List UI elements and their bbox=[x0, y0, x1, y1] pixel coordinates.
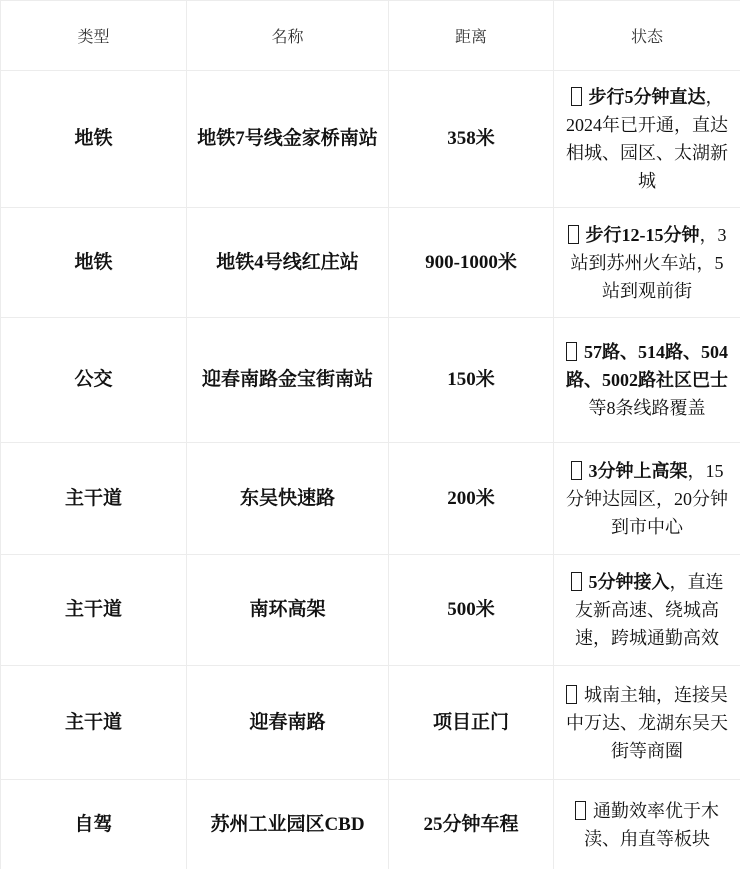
name-cell: 东吴快速路 bbox=[187, 443, 389, 555]
page: 类型 名称 距离 状态 地铁 地铁7号线金家桥南站 358米 步行5分钟直达，2… bbox=[0, 0, 740, 869]
table-row: 主干道 迎春南路 项目正门 城南主轴，连接吴中万达、龙湖东吴天街等商圈 bbox=[1, 666, 740, 780]
column-header-name: 名称 bbox=[187, 1, 389, 71]
distance-cell: 900-1000米 bbox=[389, 208, 554, 318]
distance-cell: 500米 bbox=[389, 555, 554, 666]
column-header-type: 类型 bbox=[1, 1, 187, 71]
status-bold-text: 5分钟接入 bbox=[589, 572, 670, 592]
status-rest-text: 通勤效率优于木渎、甪直等板块 bbox=[584, 801, 719, 849]
type-cell: 主干道 bbox=[1, 666, 187, 780]
status-bold-text: 步行12-15分钟 bbox=[586, 225, 700, 245]
type-cell: 主干道 bbox=[1, 555, 187, 666]
type-cell: 地铁 bbox=[1, 208, 187, 318]
status-cell: 5分钟接入，直连友新高速、绕城高速，跨城通勤高效 bbox=[554, 555, 740, 666]
type-cell: 公交 bbox=[1, 318, 187, 443]
status-cell: 步行12-15分钟，3站到苏州火车站，5站到观前街 bbox=[554, 208, 740, 318]
transport-table: 类型 名称 距离 状态 地铁 地铁7号线金家桥南站 358米 步行5分钟直达，2… bbox=[0, 0, 740, 869]
name-cell: 迎春南路 bbox=[187, 666, 389, 780]
table-row: 公交 迎春南路金宝街南站 150米 57路、514路、504路、5002路社区巴… bbox=[1, 318, 740, 443]
table-row: 地铁 地铁7号线金家桥南站 358米 步行5分钟直达，2024年已开通，直达相城… bbox=[1, 71, 740, 208]
distance-cell: 200米 bbox=[389, 443, 554, 555]
status-cell: 步行5分钟直达，2024年已开通，直达相城、园区、太湖新城 bbox=[554, 71, 740, 208]
status-cell: 通勤效率优于木渎、甪直等板块 bbox=[554, 780, 740, 869]
distance-cell: 项目正门 bbox=[389, 666, 554, 780]
table-row: 自驾 苏州工业园区CBD 25分钟车程 通勤效率优于木渎、甪直等板块 bbox=[1, 780, 740, 869]
status-rest-text: 等8条线路覆盖 bbox=[589, 398, 706, 418]
name-cell: 地铁4号线红庄站 bbox=[187, 208, 389, 318]
type-cell: 主干道 bbox=[1, 443, 187, 555]
missing-glyph-icon bbox=[571, 461, 582, 480]
type-cell: 自驾 bbox=[1, 780, 187, 869]
status-bold-text: 步行5分钟直达 bbox=[589, 87, 706, 107]
missing-glyph-icon bbox=[568, 225, 579, 244]
table-row: 主干道 东吴快速路 200米 3分钟上高架，15分钟达园区，20分钟到市中心 bbox=[1, 443, 740, 555]
distance-cell: 25分钟车程 bbox=[389, 780, 554, 869]
status-bold-text: 57路、514路、504路、5002路社区巴士 bbox=[566, 342, 728, 390]
name-cell: 苏州工业园区CBD bbox=[187, 780, 389, 869]
status-cell: 城南主轴，连接吴中万达、龙湖东吴天街等商圈 bbox=[554, 666, 740, 780]
missing-glyph-icon bbox=[571, 572, 582, 591]
missing-glyph-icon bbox=[571, 87, 582, 106]
name-cell: 南环高架 bbox=[187, 555, 389, 666]
table-row: 主干道 南环高架 500米 5分钟接入，直连友新高速、绕城高速，跨城通勤高效 bbox=[1, 555, 740, 666]
status-cell: 3分钟上高架，15分钟达园区，20分钟到市中心 bbox=[554, 443, 740, 555]
distance-cell: 150米 bbox=[389, 318, 554, 443]
missing-glyph-icon bbox=[566, 685, 577, 704]
status-bold-text: 3分钟上高架 bbox=[589, 461, 688, 481]
missing-glyph-icon bbox=[575, 801, 586, 820]
status-rest-text: 城南主轴，连接吴中万达、龙湖东吴天街等商圈 bbox=[566, 685, 728, 761]
column-header-status: 状态 bbox=[554, 1, 740, 71]
distance-cell: 358米 bbox=[389, 71, 554, 208]
type-cell: 地铁 bbox=[1, 71, 187, 208]
status-cell: 57路、514路、504路、5002路社区巴士等8条线路覆盖 bbox=[554, 318, 740, 443]
missing-glyph-icon bbox=[566, 342, 577, 361]
column-header-distance: 距离 bbox=[389, 1, 554, 71]
name-cell: 迎春南路金宝街南站 bbox=[187, 318, 389, 443]
name-cell: 地铁7号线金家桥南站 bbox=[187, 71, 389, 208]
header-row: 类型 名称 距离 状态 bbox=[1, 1, 740, 71]
table-row: 地铁 地铁4号线红庄站 900-1000米 步行12-15分钟，3站到苏州火车站… bbox=[1, 208, 740, 318]
